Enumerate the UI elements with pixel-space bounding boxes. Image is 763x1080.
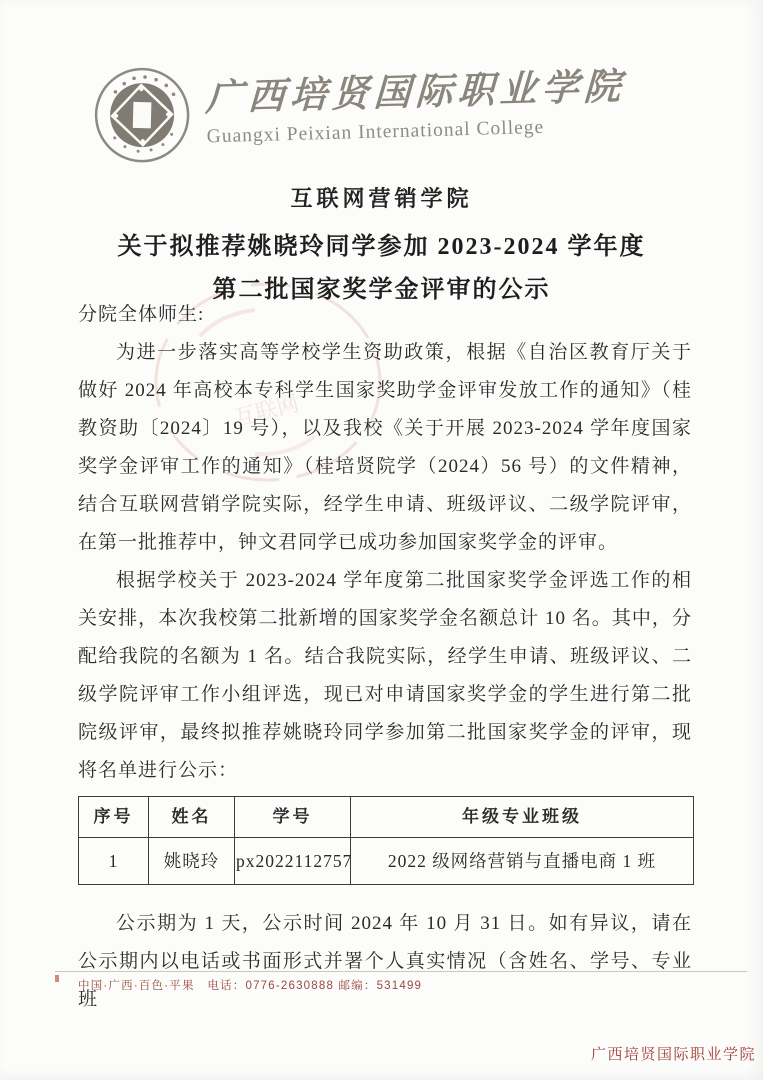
roster-header-row: 序号 姓名 学号 年级专业班级 xyxy=(79,797,694,838)
footer-divider xyxy=(55,971,747,972)
salutation: 分院全体师生: xyxy=(78,296,692,334)
roster-table: 序号 姓名 学号 年级专业班级 1 姚晓玲 px2022112757 2022 … xyxy=(78,796,694,885)
col-header-index: 序号 xyxy=(79,797,149,838)
school-name-cn: 广西培贤国际职业学院 xyxy=(205,68,627,120)
paragraph-2: 根据学校关于 2023-2024 学年度第二批国家奖学金评选工作的相关安排，本次… xyxy=(78,562,692,790)
paragraph-1: 为进一步落实高等学校学生资助政策，根据《自治区教育厅关于做好 2024 年高校本… xyxy=(78,334,692,562)
notice-body: 分院全体师生: 为进一步落实高等学校学生资助政策，根据《自治区教育厅关于做好 2… xyxy=(78,296,692,1019)
notice-title-line1: 关于拟推荐姚晓玲同学参加 2023-2024 学年度 xyxy=(0,226,763,261)
school-seal-icon xyxy=(91,64,194,167)
footer-contact: 中国·广西·百色·平果 电话：0776-2630888 邮编：531499 xyxy=(78,977,422,993)
school-name-en: Guangxi Peixian International College xyxy=(206,114,626,147)
col-header-class: 年级专业班级 xyxy=(351,797,694,838)
col-header-student-id: 学号 xyxy=(235,797,351,838)
department-title: 互联网营销学院 xyxy=(0,182,763,213)
title-block: 互联网营销学院 关于拟推荐姚晓玲同学参加 2023-2024 学年度 第二批国家… xyxy=(0,182,763,304)
cell-student-id: px2022112757 xyxy=(235,838,351,885)
cell-index: 1 xyxy=(79,838,149,885)
page-watermark: 广西培贤国际职业学院 xyxy=(591,1043,756,1064)
col-header-name: 姓名 xyxy=(149,797,235,838)
roster-row: 1 姚晓玲 px2022112757 2022 级网络营销与直播电商 1 班 xyxy=(79,838,694,885)
letterhead: 广西培贤国际职业学院 Guangxi Peixian International… xyxy=(91,49,705,166)
cell-name: 姚晓玲 xyxy=(149,838,235,885)
paragraph-3: 公示期为 1 天，公示时间 2024 年 10 月 31 日。如有异议，请在公示… xyxy=(78,905,692,1019)
footer-red-tick xyxy=(55,975,59,982)
scanned-notice-page: 广西培贤国际职业学院 Guangxi Peixian International… xyxy=(0,0,763,1080)
cell-class: 2022 级网络营销与直播电商 1 班 xyxy=(351,838,694,885)
letterhead-names: 广西培贤国际职业学院 Guangxi Peixian International… xyxy=(205,68,627,148)
